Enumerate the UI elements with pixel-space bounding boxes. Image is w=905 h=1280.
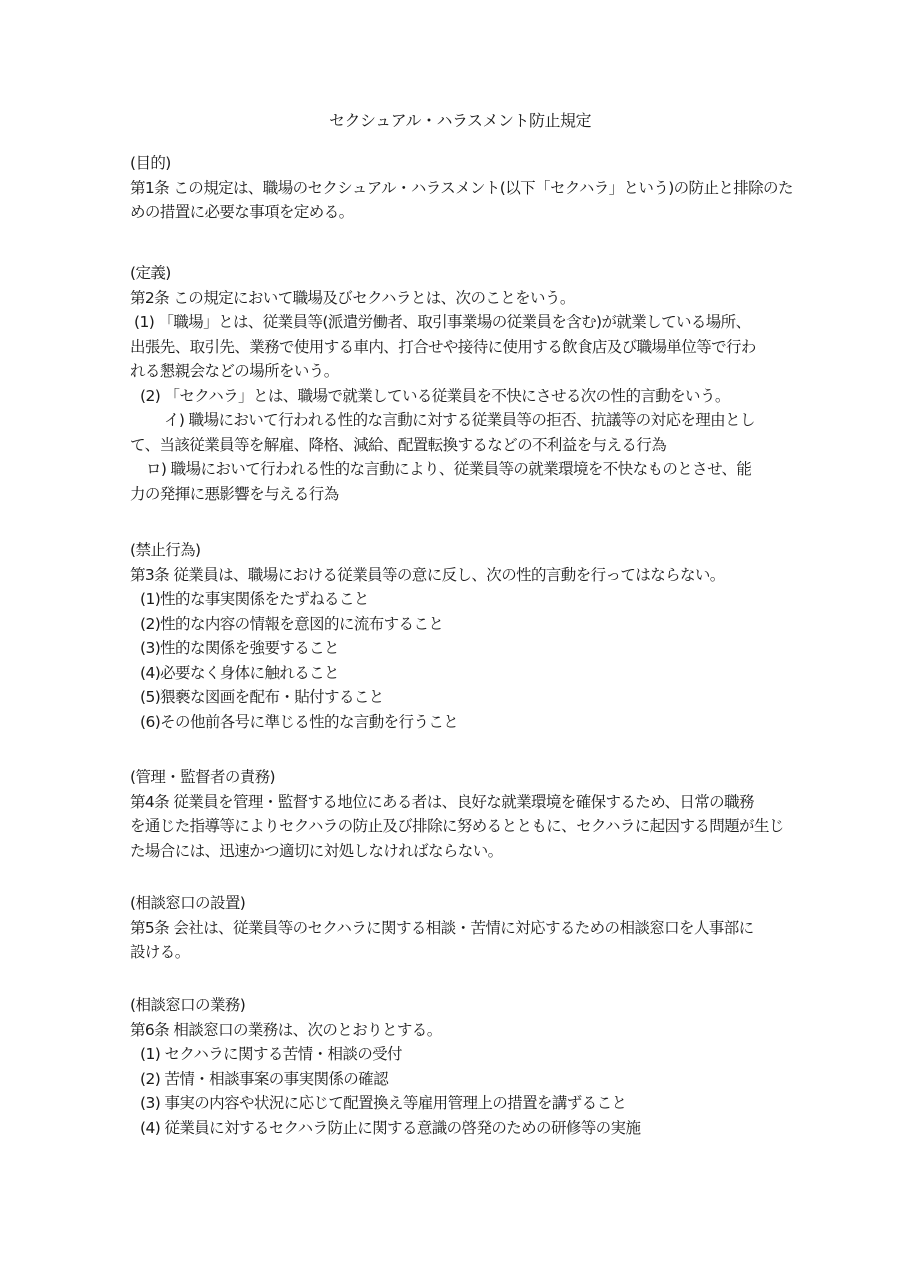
article-6-item-1: (1) セクハラに関する苦情・相談の受付 [130, 1042, 790, 1067]
article-2-item-1-cont-2: れる懇親会などの場所をいう。 [130, 359, 790, 384]
article-3-item-5: (5)猥褻な図画を配布・貼付すること [130, 685, 790, 710]
article-6-line-1: 第6条 相談窓口の業務は、次のとおりとする。 [130, 1018, 790, 1043]
section-manager-duties: (管理・監督者の責務) 第4条 従業員を管理・監督する地位にある者は、良好な就業… [130, 765, 790, 863]
section-consultation-desk-setup: (相談窓口の設置) 第5条 会社は、従業員等のセクハラに関する相談・苦情に対応す… [130, 891, 790, 965]
article-2-item-1: (1) 「職場」とは、従業員等(派遣労働者、取引事業場の従業員を含む)が就業して… [130, 310, 790, 335]
article-2-item-1-cont-1: 出張先、取引先、業務で使用する車内、打合せや接待に使用する飲食店及び職場単位等で… [130, 335, 790, 360]
section-purpose: (目的) 第1条 この規定は、職場のセクシュアル・ハラスメント(以下「セクハラ」… [130, 151, 790, 225]
section-heading: (管理・監督者の責務) [130, 765, 790, 790]
section-heading: (定義) [130, 261, 790, 286]
article-4-line-1: 第4条 従業員を管理・監督する地位にある者は、良好な就業環境を確保するため、日常… [130, 790, 790, 815]
section-heading: (目的) [130, 151, 790, 176]
article-2-sub-ro-cont: 力の発揮に悪影響を与える行為 [130, 482, 790, 507]
article-6-item-4: (4) 従業員に対するセクハラ防止に関する意識の啓発のための研修等の実施 [130, 1116, 790, 1141]
article-4-line-2: を通じた指導等によりセクハラの防止及び排除に努めるとともに、セクハラに起因する問… [130, 814, 790, 839]
article-4-line-3: た場合には、迅速かつ適切に対処しなければならない。 [130, 839, 790, 864]
article-2-item-2: (2) 「セクハラ」とは、職場で就業している従業員を不快にさせる次の性的言動をい… [130, 384, 790, 409]
section-heading: (相談窓口の業務) [130, 993, 790, 1018]
section-heading: (相談窓口の設置) [130, 891, 790, 916]
article-3-item-2: (2)性的な内容の情報を意図的に流布すること [130, 612, 790, 637]
article-3-item-4: (4)必要なく身体に触れること [130, 661, 790, 686]
section-definitions: (定義) 第2条 この規定において職場及びセクハラとは、次のことをいう。 (1)… [130, 261, 790, 506]
article-6-item-2: (2) 苦情・相談事案の事実関係の確認 [130, 1067, 790, 1092]
section-heading: (禁止行為) [130, 538, 790, 563]
article-2-sub-ro: ロ) 職場において行われる性的な言動により、従業員等の就業環境を不快なものとさせ… [130, 457, 790, 482]
article-1-line-2: めの措置に必要な事項を定める。 [130, 200, 790, 225]
article-3-item-3: (3)性的な関係を強要すること [130, 636, 790, 661]
article-1-line-1: 第1条 この規定は、職場のセクシュアル・ハラスメント(以下「セクハラ」という)の… [130, 176, 790, 201]
article-2-line-1: 第2条 この規定において職場及びセクハラとは、次のことをいう。 [130, 286, 790, 311]
article-3-item-6: (6)その他前各号に準じる性的な言動を行うこと [130, 710, 790, 735]
article-5-line-2: 設ける。 [130, 940, 790, 965]
article-2-sub-i-cont: て、当該従業員等を解雇、降格、減給、配置転換するなどの不利益を与える行為 [130, 433, 790, 458]
article-3-item-1: (1)性的な事実関係をたずねること [130, 587, 790, 612]
article-2-sub-i: イ) 職場において行われる性的な言動に対する従業員等の拒否、抗議等の対応を理由と… [130, 408, 790, 433]
document-title: セクシュアル・ハラスメント防止規定 [130, 108, 790, 131]
article-3-line-1: 第3条 従業員は、職場における従業員等の意に反し、次の性的言動を行ってはならない… [130, 563, 790, 588]
section-consultation-desk-duties: (相談窓口の業務) 第6条 相談窓口の業務は、次のとおりとする。 (1) セクハ… [130, 993, 790, 1140]
section-prohibited-acts: (禁止行為) 第3条 従業員は、職場における従業員等の意に反し、次の性的言動を行… [130, 538, 790, 734]
article-5-line-1: 第5条 会社は、従業員等のセクハラに関する相談・苦情に対応するための相談窓口を人… [130, 916, 790, 941]
article-6-item-3: (3) 事実の内容や状況に応じて配置換え等雇用管理上の措置を講ずること [130, 1091, 790, 1116]
